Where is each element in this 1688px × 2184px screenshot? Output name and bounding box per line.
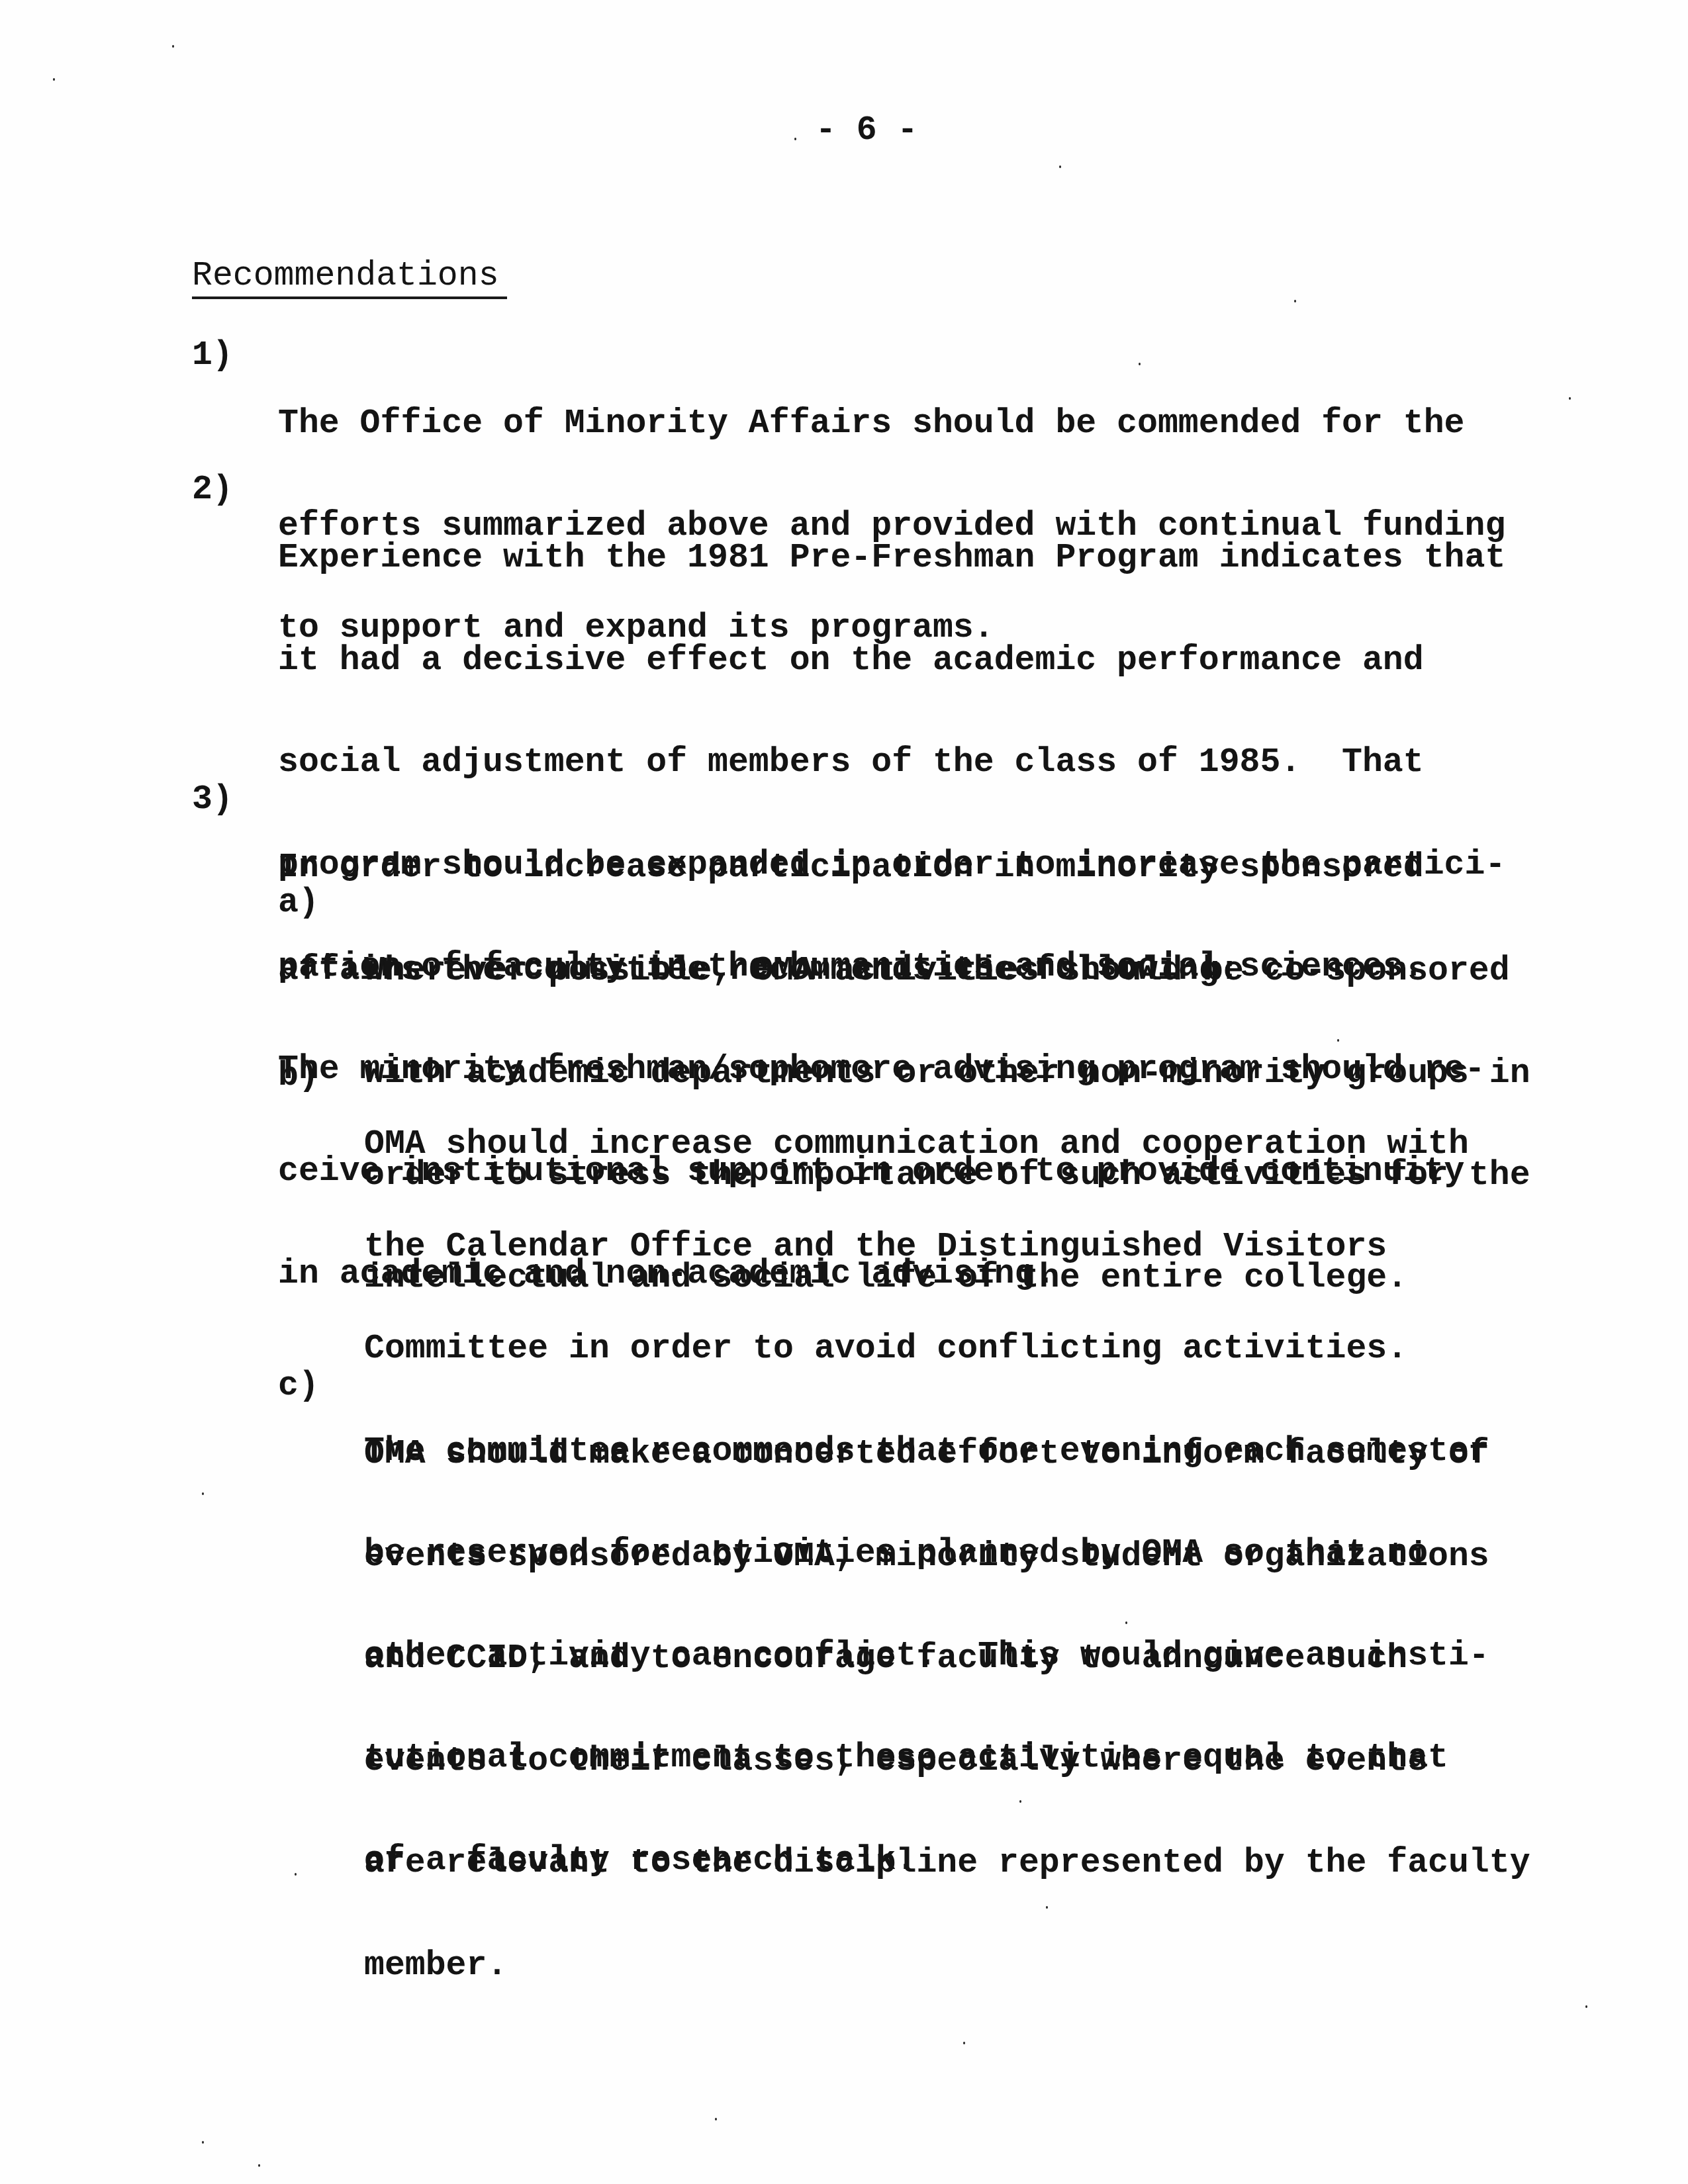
text-line: are relevant to the discipline represent…: [364, 1846, 1530, 1881]
text-line: The Office of Minority Affairs should be…: [278, 407, 1505, 441]
scan-speck: [715, 2118, 717, 2120]
heading-underline: [192, 296, 507, 299]
scan-speck: [705, 1850, 707, 1852]
item-number: 3): [192, 783, 233, 817]
text-line: events sponsored by OMA, minority studen…: [364, 1540, 1530, 1574]
scan-speck: [53, 78, 55, 81]
text-line: social adjustment of members of the clas…: [278, 746, 1505, 780]
sub-item-letter: a): [278, 886, 319, 921]
section-heading: Recommendations: [192, 259, 499, 294]
scan-speck: [295, 1873, 297, 1876]
scan-speck: [1046, 1906, 1048, 1909]
text-line: events to their classes, especially wher…: [364, 1745, 1530, 1779]
text-line: OMA should make a concerted effort to in…: [364, 1437, 1530, 1472]
item-number: 2): [192, 473, 233, 508]
text-line: and CCID, and to encourage faculty to an…: [364, 1642, 1530, 1676]
text-line: the Calendar Office and the Distinguishe…: [364, 1230, 1489, 1265]
scan-speck: [1569, 397, 1571, 400]
text-line: In order to increase participation in mi…: [278, 851, 1424, 886]
text-line: member.: [364, 1949, 1530, 1983]
scan-speck: [794, 138, 796, 140]
scan-speck: [1337, 1039, 1339, 1042]
text-line: it had a decisive effect on the academic…: [278, 644, 1505, 678]
scan-speck: [1139, 363, 1141, 365]
scan-speck: [1125, 1621, 1127, 1624]
scan-speck: [258, 2164, 260, 2167]
document-page: - 6 - Recommendations 1) The Office of M…: [0, 0, 1688, 2184]
scan-speck: [1019, 1800, 1021, 1803]
scan-speck: [172, 45, 174, 48]
page-number: - 6 -: [816, 114, 918, 148]
scan-speck: [202, 1492, 204, 1495]
text-line: OMA should increase communication and co…: [364, 1128, 1489, 1162]
text-line: Committee in order to avoid conflicting …: [364, 1332, 1489, 1367]
text-line: Experience with the 1981 Pre-Freshman Pr…: [278, 541, 1505, 576]
text-line: Wherever possible, OMA activities should…: [364, 954, 1530, 989]
sub-item-letter: b): [278, 1060, 319, 1094]
scan-speck: [202, 2141, 204, 2144]
scan-speck: [963, 2042, 965, 2044]
sub-item-text: OMA should make a concerted effort to in…: [364, 1369, 1530, 2051]
scan-speck: [1294, 300, 1296, 302]
item-number: 1): [192, 339, 233, 373]
scan-speck: [1059, 165, 1061, 168]
scan-speck: [1585, 2005, 1587, 2008]
sub-item-letter: c): [278, 1369, 319, 1404]
